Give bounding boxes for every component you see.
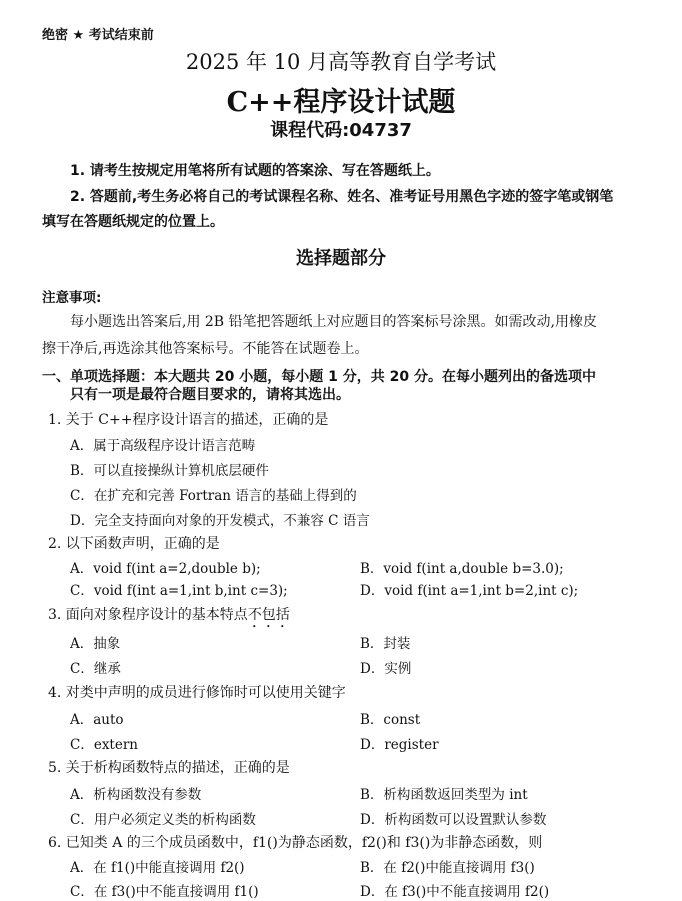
course-code: 课程代码:04737 — [0, 116, 682, 142]
section-title: 选择题部分 — [0, 244, 682, 270]
notes-line-2: 擦干净后,再选涂其他答案标号。不能答在试题卷上。 — [42, 338, 368, 358]
part1-heading-line2: 只有一项是最符合题目要求的，请将其选出。 — [70, 384, 350, 404]
confidential-mark: 绝密 ★ 考试结束前 — [42, 24, 154, 43]
option-c: C．继承 — [70, 657, 121, 677]
instruction-1: 1. 请考生按规定用笔将所有试题的答案涂、写在答题纸上。 — [70, 160, 440, 180]
instruction-2-cont: 填写在答题纸规定的位置上。 — [42, 211, 224, 231]
option-d: D．实例 — [360, 657, 411, 677]
option-b: B．void f(int a,double b=3.0); — [360, 557, 564, 577]
option-b: B．const — [360, 708, 420, 728]
page-title: C++程序设计试题 — [0, 80, 682, 119]
option-a: A．auto — [70, 708, 124, 728]
question-stem: 5. 关于析构函数特点的描述，正确的是 — [48, 757, 290, 777]
instruction-2: 2. 答题前,考生务必将自己的考试课程名称、姓名、准考证号用黑色字迹的签字笔或钢… — [70, 186, 613, 206]
emphasized-text: 不包括 — [248, 607, 290, 623]
option-a: A．在 f1()中能直接调用 f2() — [70, 856, 245, 876]
question-stem: 1. 关于 C++程序设计语言的描述，正确的是 — [48, 409, 328, 429]
question-stem: 6. 已知类 A 的三个成员函数中，f1()为静态函数，f2()和 f3()为非… — [48, 832, 542, 852]
option-a: A．抽象 — [70, 632, 120, 652]
question-stem: 3. 面向对象程序设计的基本特点不包括 — [48, 604, 290, 631]
option-a: A．析构函数没有参数 — [70, 783, 201, 803]
question-stem-text: 3. 面向对象程序设计的基本特点 — [48, 607, 248, 623]
option-b: B．析构函数返回类型为 int — [360, 783, 528, 803]
option-b: B．封装 — [360, 632, 410, 652]
option-c: C．在 f3()中不能直接调用 f1() — [70, 880, 259, 900]
question-stem: 4. 对类中声明的成员进行修饰时可以使用关键字 — [48, 682, 346, 702]
option-b: B．在 f2()中能直接调用 f3() — [360, 856, 535, 876]
notes-line-1: 每小题选出答案后,用 2B 铅笔把答题纸上对应题目的答案标号涂黑。如需改动,用橡… — [70, 311, 597, 331]
option-d: D．完全支持面向对象的开发模式，不兼容 C 语言 — [70, 509, 370, 529]
option-c: C．在扩充和完善 Fortran 语言的基础上得到的 — [70, 484, 357, 504]
notes-heading: 注意事项: — [42, 286, 101, 306]
option-d: D．void f(int a=1,int b=2,int c); — [360, 579, 578, 599]
option-a: A．属于高级程序设计语言范畴 — [70, 434, 255, 454]
option-d: D．析构函数可以设置默认参数 — [360, 808, 546, 828]
option-b: B．可以直接操纵计算机底层硬件 — [70, 459, 269, 479]
option-d: D．register — [360, 733, 439, 753]
part1-heading-line1: 一、单项选择题：本大题共 20 小题，每小题 1 分，共 20 分。在每小题列出… — [42, 366, 596, 386]
exam-session: 2025 年 10 月高等教育自学考试 — [0, 46, 682, 76]
option-a: A．void f(int a=2,double b); — [70, 557, 261, 577]
option-c: C．void f(int a=1,int b,int c=3); — [70, 579, 288, 599]
question-stem: 2. 以下函数声明，正确的是 — [48, 533, 220, 553]
option-d: D．在 f3()中不能直接调用 f2() — [360, 880, 549, 900]
option-c: C．用户必须定义类的析构函数 — [70, 808, 256, 828]
option-c: C．extern — [70, 733, 138, 753]
